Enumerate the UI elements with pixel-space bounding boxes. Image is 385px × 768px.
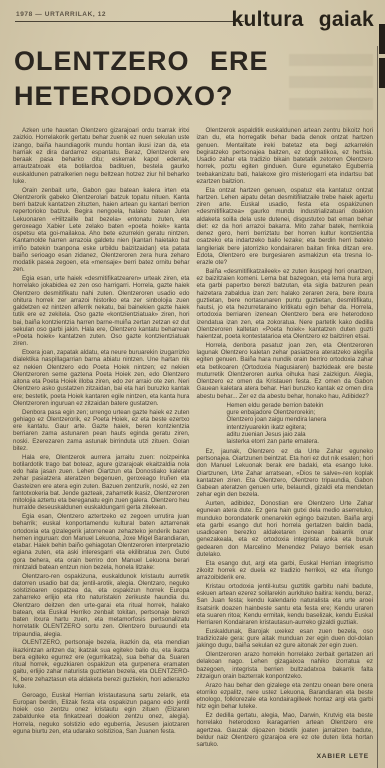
- paragraph: Eta ontzat hartzen genuen, ospatuz eta k…: [197, 187, 374, 267]
- newspaper-page: 1978 — URTARRILAK, 12 kultura gaiak OLEN…: [0, 0, 385, 768]
- paragraph: Denbora pasa egin zen; urrengo urtean ga…: [13, 409, 190, 453]
- headline-line-1: OLENTZERO ERE: [14, 46, 269, 76]
- page-edge-mark: [379, 24, 385, 54]
- paragraph: Hala ere, Olentzerok aurrera jarraitu zu…: [13, 454, 190, 512]
- paragraph: Ez dedilla gertatu, alegia, Mao, Darwin,…: [197, 712, 374, 748]
- paragraph: Baiña «desmitifikatzaileek» ez zuten iku…: [197, 268, 374, 341]
- paragraph: Olentzeroren arazo horrekin horrelako ze…: [197, 651, 374, 680]
- paragraph: Etxera joan, zapatak aldatu, eta neure b…: [13, 349, 190, 407]
- date-line: 1978 — URTARRILAK, 12: [16, 11, 106, 18]
- section-title: kultura gaiak: [232, 8, 374, 32]
- paragraph: Egia esan, Olentzero aztertzeko ez zegoe…: [13, 513, 190, 571]
- paragraph: Olentzaro-ren ospakizuna, euskaldunok kr…: [13, 573, 190, 638]
- article-headline: OLENTZERO EREHETERODOXO?: [14, 44, 269, 114]
- paragraph: Azken urte hauetan Olentzero gizarajoari…: [13, 127, 190, 185]
- paragraph: Horrela, denbora pasatuz joan zen, eta O…: [197, 342, 374, 400]
- ink-bleed-ghost: [289, 54, 373, 128]
- paragraph: Orain zenbait urte, Gabon gau batean kal…: [13, 187, 190, 274]
- paragraph: Ez, jaunak, Olentzero ez da Urte Zahar e…: [197, 448, 374, 499]
- paragraph: Olentzerok aspalditik euskaldunen artean…: [197, 127, 374, 185]
- paragraph: Euskaldunak, Barojak uxekez esan zuen be…: [197, 628, 374, 650]
- headline-line-2: HETERODOXO?: [14, 81, 234, 111]
- verse-quote: Hemen eldu gerade berrion batekin gure e…: [227, 402, 374, 446]
- paragraph: Egia esan, urte haiek «desmitifikatzeare…: [13, 275, 190, 348]
- article-body: Azken urte hauetan Olentzero gizarajoari…: [13, 127, 373, 764]
- column-2: Olentzerok aspalditik euskaldunen artean…: [197, 127, 374, 764]
- paragraph: Geroago, Euskal Herrian kristautasuna sa…: [13, 692, 190, 736]
- author-signature: XABIER LETE: [197, 753, 374, 760]
- paragraph: Arazo hau behar den gizalege eta zentzu …: [197, 682, 374, 711]
- page-edge-rule: [377, 46, 379, 768]
- paragraph: OLENTZERO, pertsonaje bezela, ikazkin da…: [13, 639, 190, 690]
- paragraph: Kristau ortodoxia jentil-kutsu guztitik …: [197, 583, 374, 627]
- paragraph: Eta esango dut, argi eta garbi, Euskal H…: [197, 560, 374, 582]
- page-edge-mark: [379, 58, 385, 88]
- header-rule: [15, 21, 244, 22]
- column-1: Azken urte hauetan Olentzero gizarajoari…: [13, 127, 190, 764]
- paragraph: Aurten, adibidez, Donostian ere Olentzer…: [197, 500, 374, 558]
